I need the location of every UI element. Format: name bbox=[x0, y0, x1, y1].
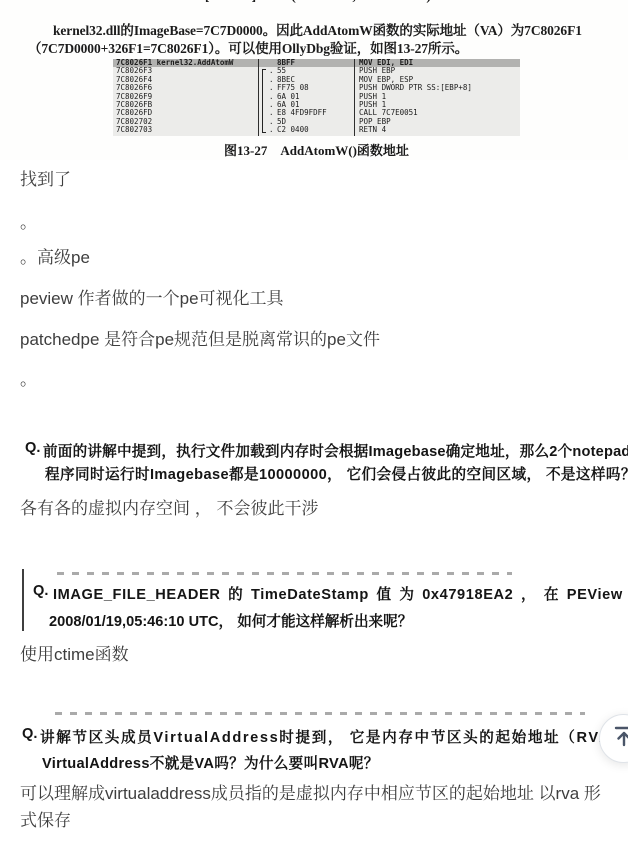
clipped-text-remnant bbox=[57, 572, 512, 575]
note-paragraph: peview 作者做的一个pe可视化工具 bbox=[20, 288, 284, 310]
disasm-row: 7C8026FD . E8 4FD9FDFF CALL 7C7E0051 bbox=[113, 109, 520, 117]
procedure-bracket bbox=[262, 69, 266, 133]
note-paragraph: patchedpe 是符合pe规范但是脱离常识的pe文件 bbox=[20, 329, 380, 351]
note-paragraph: 。高级pe bbox=[20, 247, 90, 269]
note-paragraph: 找到了 bbox=[20, 169, 71, 191]
question-line: IMAGE_FILE_HEADER 的 TimeDateStamp 值 为 0x… bbox=[53, 583, 628, 604]
question-line: 程序同时运行时Imagebase都是10000000， 它们会侵占彼此的空间区域… bbox=[45, 463, 628, 484]
disasm-row: 7C8026F9 . 6A 01 PUSH 1 bbox=[113, 93, 520, 101]
figure-caption: 图13-27 AddAtomW()函数地址 bbox=[113, 140, 520, 159]
book-paragraph-line2: （7C7D0000+326F1=7C8026F1）。可以使用OllyDbg验证，… bbox=[28, 37, 468, 57]
question-line: 讲解节区头成员VirtualAddress时提到， 它是内存中节区头的起始地址（… bbox=[40, 726, 628, 747]
scan-left-border bbox=[22, 569, 24, 631]
back-to-top-button[interactable] bbox=[599, 714, 628, 763]
disasm-row: 7C8026F6 . FF75 08 PUSH DWORD PTR SS:[EB… bbox=[113, 84, 520, 92]
answer-paragraph: 使用ctime函数 bbox=[20, 644, 129, 666]
ollydbg-disassembly: 7C8026F1 kernel32.AddAtomW 8BFF MOV EDI,… bbox=[113, 59, 520, 136]
disasm-row: 7C802702 . 5D POP EBP bbox=[113, 118, 520, 126]
marker-cell: . bbox=[269, 126, 274, 134]
column-divider bbox=[354, 59, 355, 136]
book-scan-figure: AddressOfFunctions[ordinal]=RVA(ordinal=… bbox=[0, 0, 628, 160]
disasm-row: 7C8026F1 kernel32.AddAtomW 8BFF MOV EDI,… bbox=[113, 59, 520, 67]
clipped-formula-line: AddressOfFunctions[ordinal]=RVA(ordinal=… bbox=[85, 0, 545, 7]
note-paragraph: 。 bbox=[20, 369, 37, 391]
bytes-cell: C2 0400 bbox=[277, 126, 309, 134]
question-line: VirtualAddress不就是VA吗？为什么要叫RVA呢？ bbox=[42, 752, 379, 773]
question-label: Q. bbox=[22, 726, 37, 742]
page: { "page": { "background": "#ffffff" }, "… bbox=[0, 0, 628, 843]
note-paragraph: 。 bbox=[20, 212, 37, 234]
disasm-cell: RETN 4 bbox=[359, 126, 386, 134]
disasm-row: 7C8026F3 . 55 PUSH EBP bbox=[113, 67, 520, 75]
arrow-up-to-top-icon bbox=[611, 723, 628, 754]
formula-text: AddressOfFunctions[ordinal]=RVA(ordinal=… bbox=[85, 0, 545, 7]
column-divider bbox=[258, 59, 259, 136]
question-line: 前面的讲解中提到，执行文件加载到内存时会根据Imagebase确定地址，那么2个… bbox=[43, 440, 628, 461]
answer-paragraph: 可以理解成virtualaddress成员指的是虚拟内存中相应节区的起始地址 以… bbox=[20, 780, 612, 834]
question-label: Q. bbox=[25, 440, 40, 456]
address-cell: 7C802703 bbox=[116, 126, 152, 134]
question-label: Q. bbox=[33, 583, 48, 599]
clipped-text-remnant bbox=[55, 712, 585, 715]
disasm-row: 7C802703 . C2 0400 RETN 4 bbox=[113, 126, 520, 134]
answer-paragraph: 各有各的虚拟内存空间 ， 不会彼此干涉 bbox=[20, 498, 318, 520]
question-line: 2008/01/19,05:46:10 UTC， 如何才能这样解析出来呢？ bbox=[49, 610, 412, 631]
book-paragraph-line1: kernel32.dll的ImageBase=7C7D0000。因此AddAto… bbox=[53, 19, 582, 39]
